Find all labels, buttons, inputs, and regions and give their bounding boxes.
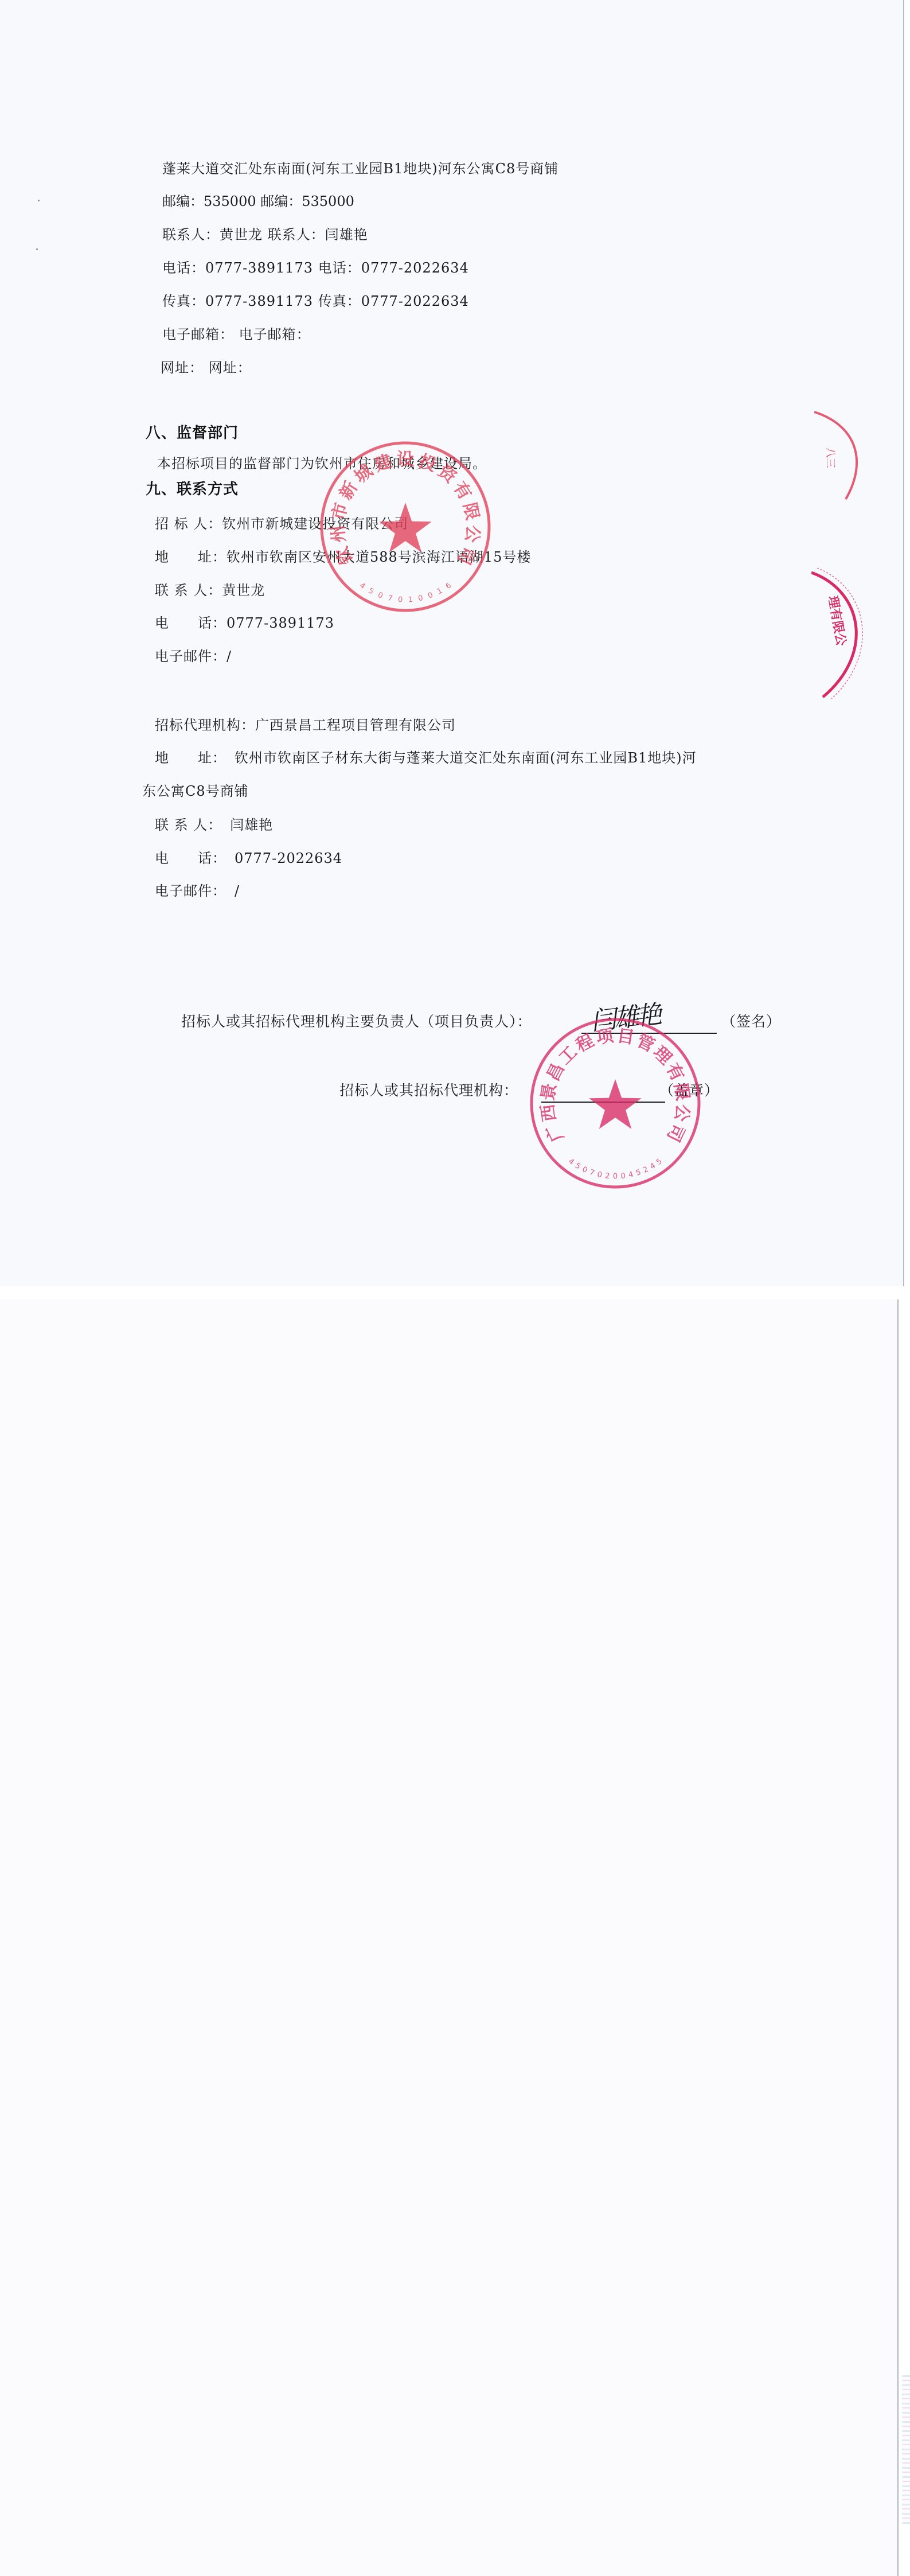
postcode-line: 邮编：535000 邮编：535000 — [162, 193, 354, 210]
agency-email-label: 电子邮件： — [155, 882, 226, 900]
svg-text:限: 限 — [459, 501, 483, 522]
svg-text:八三: 八三 — [824, 448, 836, 468]
svg-text:5: 5 — [655, 1157, 664, 1167]
tenderer-name-label: 招 标 人： — [155, 515, 222, 532]
tenderer-contact-row: 联 系 人：黄世龙 — [155, 582, 265, 599]
svg-text:5: 5 — [573, 1161, 582, 1171]
seal-label: 招标人或其招标代理机构： — [339, 1082, 518, 1099]
seal-suffix: （盖章） — [659, 1082, 719, 1099]
responsible-person-label: 招标人或其招标代理机构主要负责人（项目负责人）： — [181, 1013, 532, 1030]
email-line: 电子邮箱： 电子邮箱： — [162, 326, 311, 343]
svg-text:理有限公: 理有限公 — [825, 595, 849, 648]
svg-text:7: 7 — [588, 1168, 596, 1178]
tenderer-phone-label: 电 话： — [155, 614, 226, 632]
fax-line: 传真：0777-3891173 传真：0777-2022634 — [162, 293, 469, 310]
svg-text:0: 0 — [377, 591, 384, 601]
tenderer-contact-value: 黄世龙 — [222, 582, 265, 598]
scan-speck — [38, 200, 40, 201]
handwritten-signature: 闫雄艳 — [589, 994, 661, 1037]
agency-contact-row: 联 系 人：闫雄艳 — [155, 816, 273, 834]
svg-text:有: 有 — [449, 478, 475, 503]
section-8-heading: 八、监督部门 — [146, 425, 239, 442]
agency-address-row: 地 址：钦州市钦南区子材东大街与蓬莱大道交汇处东南面(河东工业园B1地块)河 — [155, 749, 697, 766]
svg-text:0: 0 — [417, 594, 424, 603]
tenderer-address-value: 钦州市钦南区安州大道588号滨海江语湖15号楼 — [226, 549, 531, 565]
svg-text:0: 0 — [596, 1170, 603, 1180]
svg-text:1: 1 — [436, 586, 444, 596]
svg-text:司: 司 — [663, 1120, 689, 1145]
svg-text:6: 6 — [444, 581, 453, 591]
website-line: 网址： 网址： — [161, 359, 252, 376]
svg-text:公: 公 — [670, 1103, 693, 1123]
tenderer-name-value: 钦州市新城建设投资有限公司 — [222, 516, 408, 532]
seal-underline — [541, 1102, 665, 1103]
tenderer-name-row: 招 标 人：钦州市新城建设投资有限公司 — [155, 515, 408, 532]
svg-text:0: 0 — [581, 1165, 589, 1175]
tenderer-phone-row: 电 话：0777-3891173 — [155, 614, 334, 632]
document-page-1: 蓬莱大道交汇处东南面(河东工业园B1地块)河东公寓C8号商铺 邮编：535000… — [0, 0, 904, 1286]
agency-phone-value: 0777-2022634 — [235, 850, 342, 866]
svg-text:景: 景 — [538, 1082, 561, 1102]
svg-text:4: 4 — [567, 1157, 576, 1167]
svg-text:1: 1 — [408, 596, 413, 605]
agency-address-continuation: 东公寓C8号商铺 — [142, 783, 249, 800]
svg-text:7: 7 — [387, 594, 393, 603]
svg-text:5: 5 — [367, 586, 375, 596]
edge-seal-fragment-lower: 理有限公 — [811, 568, 874, 700]
svg-text:理: 理 — [649, 1042, 675, 1069]
document-page-2 — [0, 1299, 899, 2576]
section-9-heading: 九、联系方式 — [146, 481, 239, 498]
section-8-body: 本招标项目的监督部门为钦州市住房和城乡建设局。 — [157, 455, 487, 472]
tenderer-email-value: / — [226, 648, 232, 664]
svg-text:有: 有 — [662, 1060, 688, 1085]
address-continuation: 蓬莱大道交汇处东南面(河东工业园B1地块)河东公寓C8号商铺 — [162, 160, 559, 177]
agency-email-row: 电子邮件：/ — [155, 882, 240, 900]
svg-text:0: 0 — [620, 1172, 626, 1181]
agency-email-value: / — [235, 883, 240, 899]
tenderer-email-row: 电子邮件：/ — [155, 648, 232, 665]
svg-text:昌: 昌 — [543, 1060, 569, 1085]
agency-phone-label: 电 话： — [155, 850, 226, 867]
svg-text:4: 4 — [358, 581, 367, 591]
agency-phone-row: 电 话：0777-2022634 — [155, 850, 342, 867]
svg-text:2: 2 — [642, 1165, 650, 1175]
contact-persons-line: 联系人：黄世龙 联系人：闫雄艳 — [162, 226, 368, 243]
agency-name-row: 招标代理机构：广西景昌工程项目管理有限公司 — [155, 717, 456, 734]
svg-text:0: 0 — [427, 591, 434, 601]
svg-text:广: 广 — [542, 1120, 568, 1145]
scan-artifact — [902, 2375, 910, 2524]
svg-text:0: 0 — [397, 596, 403, 605]
svg-text:工: 工 — [555, 1042, 581, 1069]
signature-suffix: （签名） — [721, 1013, 781, 1030]
edge-seal-fragment-upper: 八三 — [814, 407, 872, 505]
agency-address-value: 钦州市钦南区子材东大街与蓬莱大道交汇处东南面(河东工业园B1地块)河 — [235, 750, 697, 766]
tenderer-phone-value: 0777-3891173 — [226, 615, 334, 631]
agency-contact-label: 联 系 人： — [155, 816, 222, 834]
svg-text:4: 4 — [649, 1161, 657, 1171]
svg-text:公: 公 — [461, 524, 483, 544]
agency-official-seal: 广西景昌工程项目管理有限公司4507020045245 — [529, 1017, 701, 1189]
scan-speck — [36, 248, 38, 250]
svg-text:管: 管 — [633, 1030, 658, 1056]
tenderer-address-row: 地 址：钦州市钦南区安州大道588号滨海江语湖15号楼 — [155, 548, 531, 566]
svg-text:2: 2 — [604, 1172, 610, 1181]
phone-line: 电话：0777-3891173 电话：0777-2022634 — [162, 259, 469, 277]
tenderer-email-label: 电子邮件： — [155, 648, 226, 665]
agency-contact-value: 闫雄艳 — [230, 817, 273, 833]
svg-text:5: 5 — [635, 1168, 642, 1178]
tenderer-contact-label: 联 系 人： — [155, 582, 222, 599]
agency-address-label: 地 址： — [155, 749, 226, 766]
svg-text:0: 0 — [613, 1173, 618, 1181]
svg-text:西: 西 — [538, 1103, 560, 1123]
tenderer-address-label: 地 址： — [155, 548, 226, 566]
agency-name-value: 广西景昌工程项目管理有限公司 — [255, 717, 456, 733]
svg-text:新: 新 — [335, 478, 362, 503]
svg-text:4: 4 — [628, 1170, 634, 1180]
agency-name-label: 招标代理机构： — [155, 717, 255, 734]
